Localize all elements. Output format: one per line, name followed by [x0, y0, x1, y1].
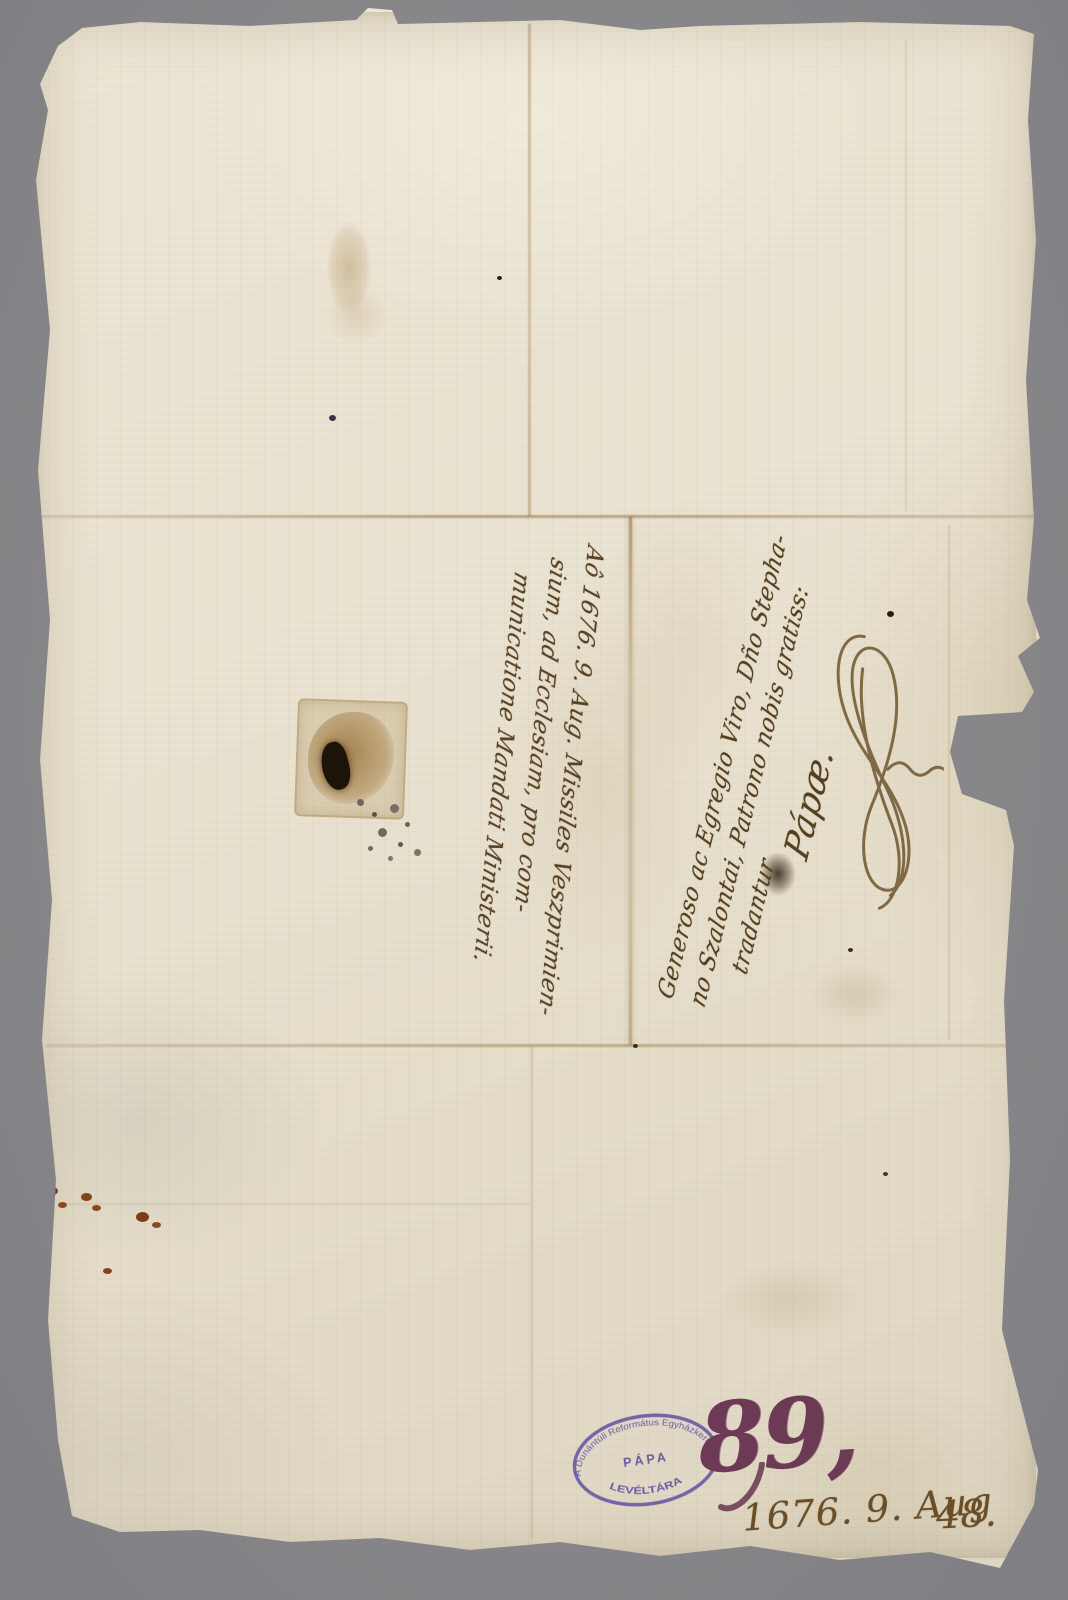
- fold-crease-faint: [60, 1203, 530, 1205]
- fold-line-vertical-right-upper: [905, 40, 907, 512]
- fold-line-vertical-middle: [629, 517, 632, 1045]
- folio-number: 48.: [935, 1490, 998, 1537]
- letter-paper: Aô 1676. 9. Aug. Missiles Veszprimien- s…: [0, 0, 1068, 1600]
- fold-line-vertical-bottom: [531, 1047, 533, 1539]
- rust-speckles: [0, 0, 9, 6]
- manuscript-scan: Aô 1676. 9. Aug. Missiles Veszprimien- s…: [0, 0, 1068, 1600]
- fold-line-vertical-right: [948, 525, 950, 1040]
- ink-speckles: [0, 0, 5, 4]
- fold-line-vertical-top: [528, 24, 531, 516]
- fold-line-horizontal-lower: [46, 1044, 1008, 1047]
- signature-flourish-icon: [802, 624, 954, 924]
- seal-speckles: [0, 0, 5, 5]
- stamp-middle-text: PÁPA: [622, 1449, 669, 1470]
- fold-line-horizontal-upper: [42, 515, 1034, 518]
